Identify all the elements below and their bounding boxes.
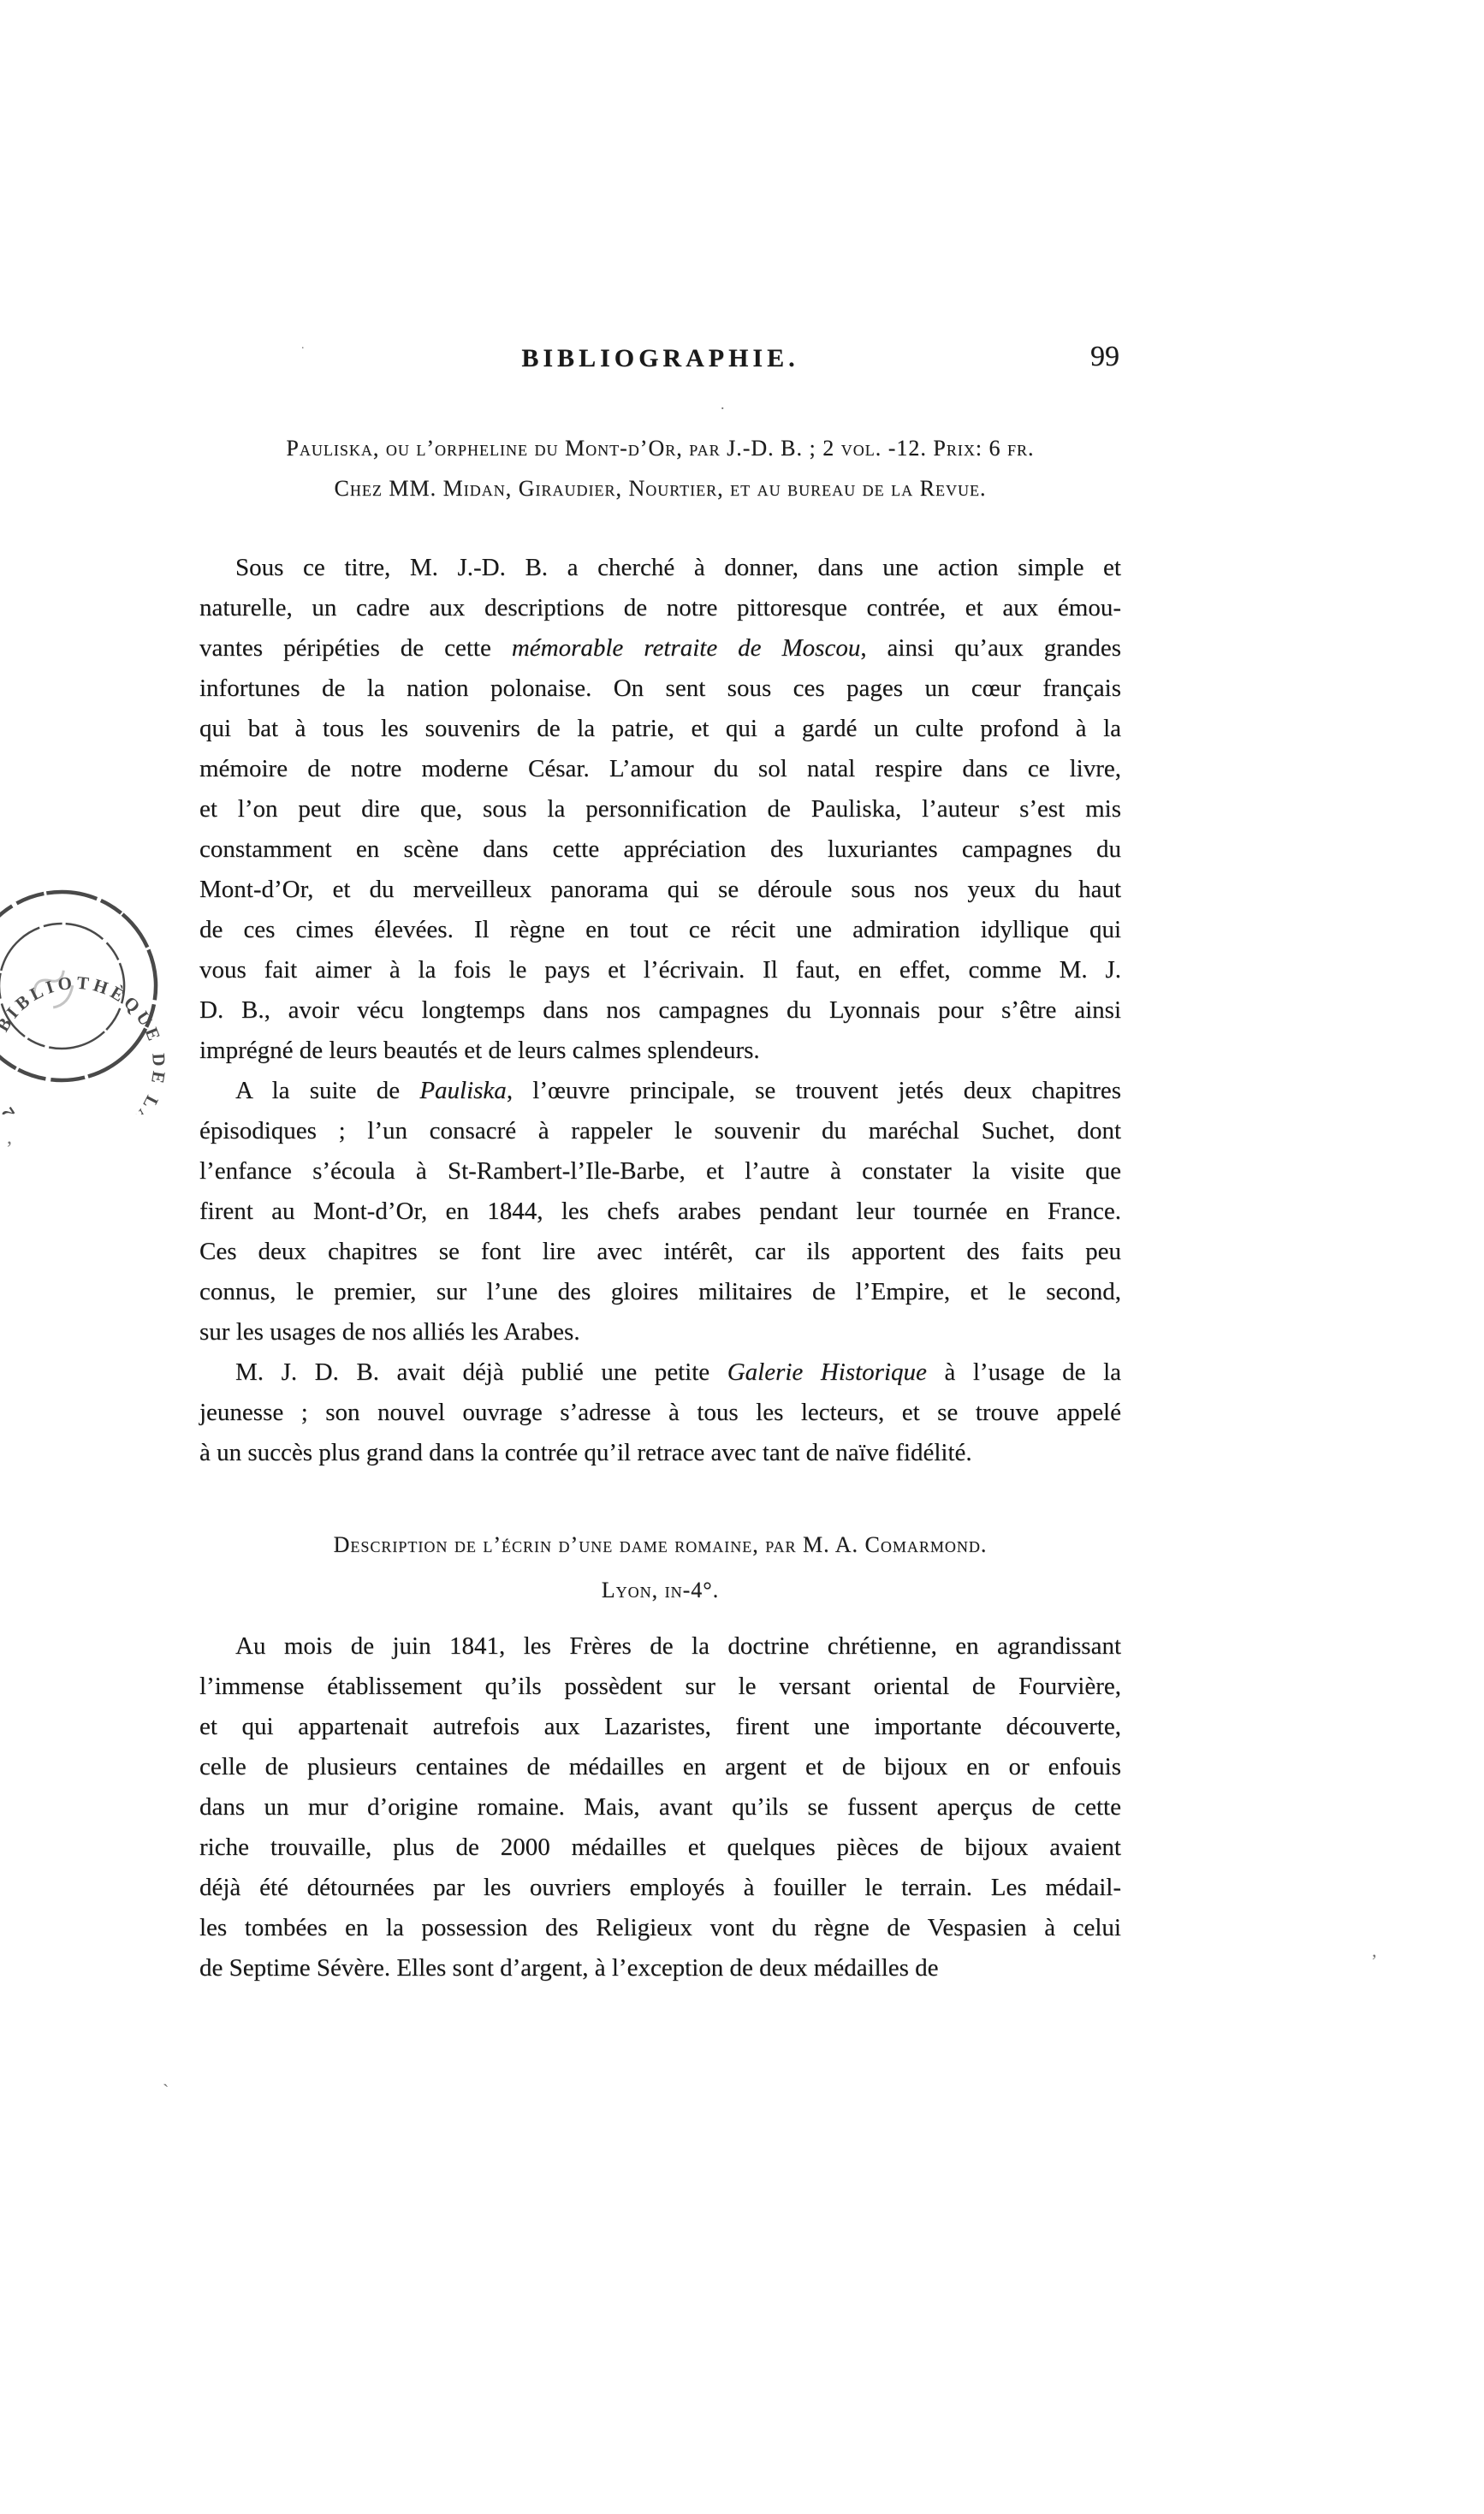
text-run: , ainsi qu’aux grandes: [860, 634, 1121, 662]
text-run: déjà été détournées par les ouvriers emp…: [199, 1874, 1121, 1901]
library-stamp: BIBLIOTHÈQUE DE LA VILLE 1852: [0, 858, 190, 1114]
text-line: qui bat à tous les souvenirs de la patri…: [199, 709, 1121, 749]
text-line: et qui appartenait autrefois aux Lazaris…: [199, 1707, 1121, 1747]
text-line: Sous ce titre, M. J.-D. B. a cherché à d…: [199, 548, 1121, 588]
text-run: l’immense établissement qu’ils possèdent…: [199, 1673, 1121, 1700]
page-number: 99: [1090, 341, 1119, 373]
text-run: et qui appartenait autrefois aux Lazaris…: [199, 1713, 1121, 1740]
text-line: Ces deux chapitres se font lire avec int…: [199, 1232, 1121, 1272]
text-run: naturelle, un cadre aux descriptions de …: [199, 594, 1121, 621]
italic-text-run: Galerie Historique: [727, 1358, 927, 1386]
page-title: BIBLIOGRAPHIE.: [199, 344, 1121, 373]
text-run: infortunes de la nation polonaise. On se…: [199, 675, 1121, 702]
text-run: D. B., avoir vécu longtemps dans nos cam…: [199, 996, 1121, 1024]
text-line: vantes péripéties de cette mémorable ret…: [199, 628, 1121, 669]
entry1-heading-line1: Pauliska, ou l’orpheline du Mont-d’Or, p…: [199, 428, 1121, 468]
text-line: et l’on peut dire que, sous la personnif…: [199, 789, 1121, 829]
scan-speck: `: [163, 2080, 169, 2102]
text-run: Ces deux chapitres se font lire avec int…: [199, 1238, 1121, 1265]
scan-speck: ,: [7, 1126, 12, 1150]
paragraph: M. J. D. B. avait déjà publié une petite…: [199, 1352, 1121, 1473]
text-run: épisodiques ; l’un consacré à rappeler l…: [199, 1117, 1121, 1144]
text-run: vantes péripéties de cette: [199, 634, 512, 662]
text-line: naturelle, un cadre aux descriptions de …: [199, 588, 1121, 628]
text-line: A la suite de Pauliska, l’œuvre principa…: [199, 1071, 1121, 1111]
text-line: dans un mur d’origine romaine. Mais, ava…: [199, 1787, 1121, 1828]
text-run: l’enfance s’écoula à St-Rambert-l’Ile-Ba…: [199, 1157, 1121, 1185]
text-run: M. J. D. B. avait déjà publié une petite: [235, 1358, 727, 1386]
text-line: à un succès plus grand dans la contrée q…: [199, 1433, 1121, 1473]
text-line: de Septime Sévère. Elles sont d’argent, …: [199, 1948, 1121, 1988]
paragraph: Au mois de juin 1841, les Frères de la d…: [199, 1626, 1121, 1988]
text-line: vous fait aimer à la fois le pays et l’é…: [199, 950, 1121, 990]
stamp-ring-text: BIBLIOTHÈQUE DE LA VILLE 1852: [0, 934, 190, 1114]
text-run: sur les usages de nos alliés les Arabes.: [199, 1318, 580, 1346]
text-line: riche trouvaille, plus de 2000 médailles…: [199, 1828, 1121, 1868]
text-line: l’immense établissement qu’ils possèdent…: [199, 1667, 1121, 1707]
text-run: qui bat à tous les souvenirs de la patri…: [199, 715, 1121, 742]
text-line: M. J. D. B. avait déjà publié une petite…: [199, 1352, 1121, 1393]
text-run: , l’œuvre principale, se trouvent jetés …: [507, 1077, 1121, 1104]
text-line: constamment en scène dans cette apprécia…: [199, 829, 1121, 870]
entry2-heading-line1: Description de l’écrin d’une dame romain…: [199, 1522, 1121, 1567]
text-line: celle de plusieurs centaines de médaille…: [199, 1747, 1121, 1787]
text-run: imprégné de leurs beautés et de leurs ca…: [199, 1037, 760, 1064]
text-line: firent au Mont-d’Or, en 1844, les chefs …: [199, 1192, 1121, 1232]
text-run: connus, le premier, sur l’une des gloire…: [199, 1278, 1121, 1305]
entry2-body: Au mois de juin 1841, les Frères de la d…: [199, 1626, 1121, 1988]
text-line: sur les usages de nos alliés les Arabes.: [199, 1312, 1121, 1352]
entry1-heading: Pauliska, ou l’orpheline du Mont-d’Or, p…: [199, 428, 1121, 508]
text-run: jeunesse ; son nouvel ouvrage s’adresse …: [199, 1399, 1121, 1426]
text-line: épisodiques ; l’un consacré à rappeler l…: [199, 1111, 1121, 1151]
entry2-heading: Description de l’écrin d’une dame romain…: [199, 1522, 1121, 1613]
italic-text-run: mémorable retraite de Moscou: [512, 634, 861, 662]
scan-speck: .: [721, 395, 725, 413]
text-line: infortunes de la nation polonaise. On se…: [199, 669, 1121, 709]
text-line: mémoire de notre moderne César. L’amour …: [199, 749, 1121, 789]
text-line: imprégné de leurs beautés et de leurs ca…: [199, 1031, 1121, 1071]
text-run: riche trouvaille, plus de 2000 médailles…: [199, 1833, 1121, 1861]
scan-speck: ’: [1371, 1950, 1377, 1972]
paragraph: Sous ce titre, M. J.-D. B. a cherché à d…: [199, 548, 1121, 1071]
entry2-heading-line2: Lyon, in-4°.: [199, 1567, 1121, 1613]
text-run: à l’usage de la: [927, 1358, 1121, 1386]
text-run: dans un mur d’origine romaine. Mais, ava…: [199, 1793, 1121, 1821]
text-run: et l’on peut dire que, sous la personnif…: [199, 795, 1121, 823]
text-run: les tombées en la possession des Religie…: [199, 1914, 1121, 1941]
scanned-book-page: BIBLIOGRAPHIE. 99 Pauliska, ou l’orpheli…: [0, 0, 1484, 2514]
page-header: BIBLIOGRAPHIE. 99: [199, 344, 1121, 387]
text-line: connus, le premier, sur l’une des gloire…: [199, 1272, 1121, 1312]
text-run: vous fait aimer à la fois le pays et l’é…: [199, 956, 1121, 984]
text-line: jeunesse ; son nouvel ouvrage s’adresse …: [199, 1393, 1121, 1433]
text-run: mémoire de notre moderne César. L’amour …: [199, 755, 1121, 782]
text-run: Sous ce titre, M. J.-D. B. a cherché à d…: [235, 554, 1121, 581]
text-run: constamment en scène dans cette apprécia…: [199, 835, 1121, 863]
text-line: Mont-d’Or, et du merveilleux panorama qu…: [199, 870, 1121, 910]
paragraph: A la suite de Pauliska, l’œuvre principa…: [199, 1071, 1121, 1352]
text-line: D. B., avoir vécu longtemps dans nos cam…: [199, 990, 1121, 1031]
text-run: à un succès plus grand dans la contrée q…: [199, 1439, 972, 1466]
entry1-heading-line2: Chez MM. Midan, Giraudier, Nourtier, et …: [199, 468, 1121, 508]
text-line: de ces cimes élevées. Il règne en tout c…: [199, 910, 1121, 950]
text-run: de ces cimes élevées. Il règne en tout c…: [199, 916, 1121, 943]
text-line: déjà été détournées par les ouvriers emp…: [199, 1868, 1121, 1908]
text-line: les tombées en la possession des Religie…: [199, 1908, 1121, 1948]
text-line: l’enfance s’écoula à St-Rambert-l’Ile-Ba…: [199, 1151, 1121, 1192]
text-run: firent au Mont-d’Or, en 1844, les chefs …: [199, 1198, 1121, 1225]
text-run: celle de plusieurs centaines de médaille…: [199, 1753, 1121, 1780]
text-run: Au mois de juin 1841, les Frères de la d…: [235, 1632, 1121, 1660]
italic-text-run: Pauliska: [419, 1077, 507, 1104]
text-run: Mont-d’Or, et du merveilleux panorama qu…: [199, 876, 1121, 903]
entry1-body: Sous ce titre, M. J.-D. B. a cherché à d…: [199, 548, 1121, 1473]
text-run: A la suite de: [235, 1077, 419, 1104]
stamp-ring-text-holder: BIBLIOTHÈQUE DE LA VILLE 1852: [0, 934, 190, 1114]
text-line: Au mois de juin 1841, les Frères de la d…: [199, 1626, 1121, 1667]
text-run: de Septime Sévère. Elles sont d’argent, …: [199, 1954, 939, 1982]
